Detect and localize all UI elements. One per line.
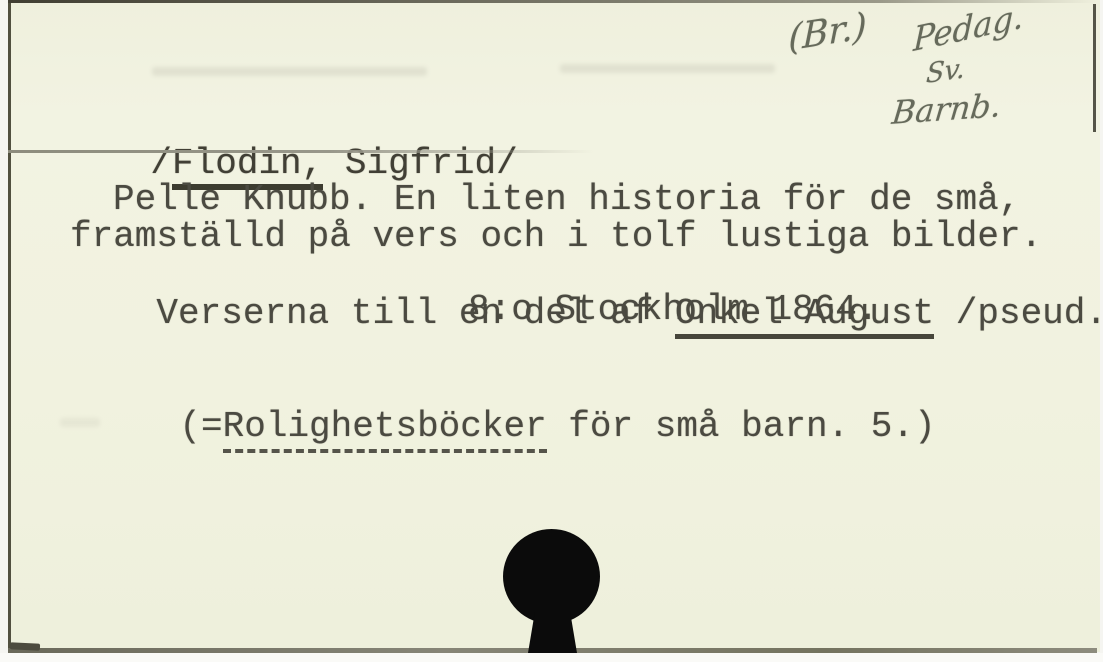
series-prefix: (= — [179, 406, 222, 447]
handwritten-subject-barnb: Barnb. — [890, 86, 1003, 132]
series-note: (=Rolighetsböcker för små barn. 5.) — [93, 367, 936, 487]
erased-text-smudge — [152, 67, 427, 76]
bottom-left-mark — [10, 642, 40, 651]
imprint-line: 8:o Stockholm 1864. — [468, 290, 878, 330]
scan-background-strip — [0, 653, 1103, 662]
punch-hole-icon — [503, 529, 600, 624]
line3-suffix: /pseud./ — [934, 293, 1103, 334]
title-line-2: framställd på vers och i tolf lustiga bi… — [70, 217, 1042, 257]
handwritten-subject-sv: Sv. — [925, 53, 966, 90]
heading-rule-line — [8, 150, 593, 153]
card-top-edge — [8, 0, 1097, 3]
erased-text-smudge — [560, 64, 775, 73]
punch-hole-stem — [528, 612, 577, 653]
card-right-edge — [1093, 4, 1096, 132]
series-title-underlined: Rolighetsböcker — [223, 406, 547, 453]
series-suffix: för små barn. 5.) — [547, 406, 936, 447]
title-line-1: Pelle Knubb. En liten historia för de sm… — [113, 180, 1020, 220]
scanned-catalog-card-page: (Br.) Pedag. Sv. Barnb. /Flodin, Sigfrid… — [0, 0, 1103, 662]
